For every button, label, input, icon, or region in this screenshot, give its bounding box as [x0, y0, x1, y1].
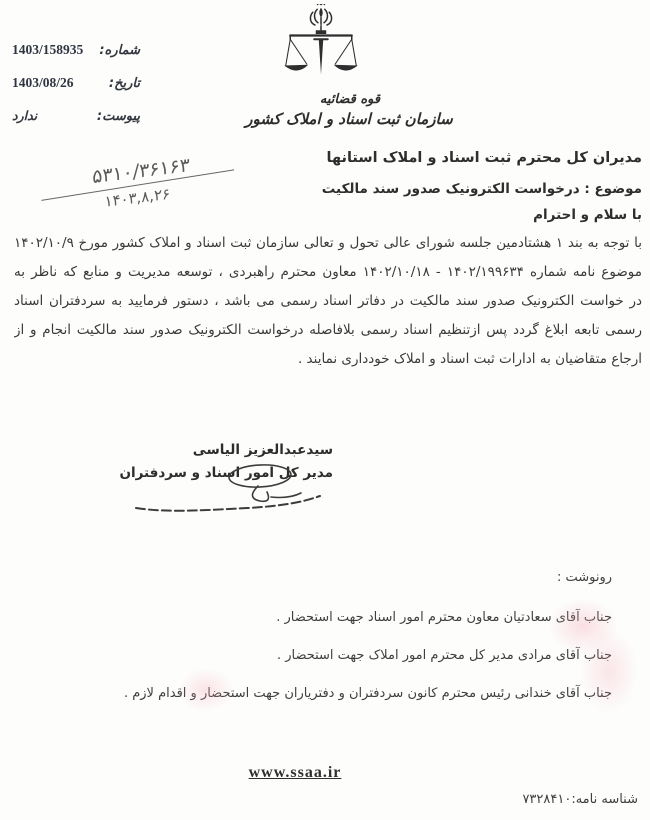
salutation-line: با سلام و احترام: [533, 207, 642, 223]
meta-row-attachment: ندارد پیوست:: [12, 108, 140, 141]
body-line: در خواست الکترونیک صدور سند مالکیت در دف…: [14, 287, 642, 316]
signatory-name: سیدعبدالعزیز الیاسی: [118, 442, 333, 458]
organization-title: سازمان ثبت اسناد و املاک کشور: [244, 110, 454, 128]
signatory-title: مدیر کل امور اسناد و سردفتران: [118, 465, 333, 481]
attachment-label: پیوست:: [97, 109, 140, 124]
letter-number-value: 1403/158935: [12, 42, 83, 58]
letter-id-value: ۷۳۲۸۴۱۰: [522, 792, 571, 807]
scan-smudge: [580, 628, 638, 714]
judiciary-title: قوه قضائیه: [295, 92, 405, 107]
letter-number-label: شماره:: [99, 43, 140, 58]
letterhead-meta: 1403/158935 شماره: 1403/08/26 تاریخ: ندا…: [12, 42, 140, 141]
scanned-letter-page: 1403/158935 شماره: 1403/08/26 تاریخ: ندا…: [0, 0, 650, 820]
handwritten-note: ۵۳۱۰/۳۶۱۶۳ ۱۴۰۳,۸,۲۶: [38, 148, 247, 219]
scales-of-justice-icon: [283, 4, 359, 94]
letter-date-label: تاریخ:: [109, 76, 140, 91]
website-link[interactable]: www.ssaa.ir: [249, 764, 342, 781]
addressee-line: مدیران کل محترم ثبت اسناد و املاک استانه…: [327, 150, 643, 166]
body-line: با توجه به بند ۱ هشتادمین جلسه شورای عال…: [14, 229, 642, 258]
attachment-value: ندارد: [12, 108, 37, 123]
letter-body: با توجه به بند ۱ هشتادمین جلسه شورای عال…: [14, 229, 642, 374]
body-line: رسمی تابعه ابلاغ گردد پس ازتنظیم اسناد ر…: [14, 316, 642, 345]
body-line: ارجاع متقاضیان به ادارات ثبت اسناد و امل…: [14, 345, 642, 374]
letter-id: شناسه نامه:۷۳۲۸۴۱۰: [522, 792, 638, 807]
letter-id-label: شناسه نامه:: [571, 792, 638, 807]
letter-date-value: 1403/08/26: [12, 75, 74, 91]
cc-label: رونوشت :: [557, 570, 612, 585]
website-link-row: www.ssaa.ir: [0, 762, 590, 782]
body-line: موضوع نامه شماره ۱۴۰۲/۱۹۹۶۳۴ - ۱۴۰۲/۱۰/۱…: [14, 258, 642, 287]
cc-item: جناب آقای سعادتیان معاون محترم امور اسنا…: [276, 610, 612, 625]
scan-smudge: [548, 598, 618, 654]
cc-item: جناب آقای مرادی مدیر کل محترم امور املاک…: [277, 648, 612, 663]
meta-row-number: 1403/158935 شماره:: [12, 42, 140, 75]
signature-block: سیدعبدالعزیز الیاسی مدیر کل امور اسناد و…: [118, 442, 333, 481]
cc-item: جناب آقای خندانی رئیس محترم کانون سردفتر…: [124, 686, 612, 701]
subject-line: موضوع : درخواست الکترونیک صدور سند مالکی…: [322, 181, 642, 197]
meta-row-date: 1403/08/26 تاریخ:: [12, 75, 140, 108]
